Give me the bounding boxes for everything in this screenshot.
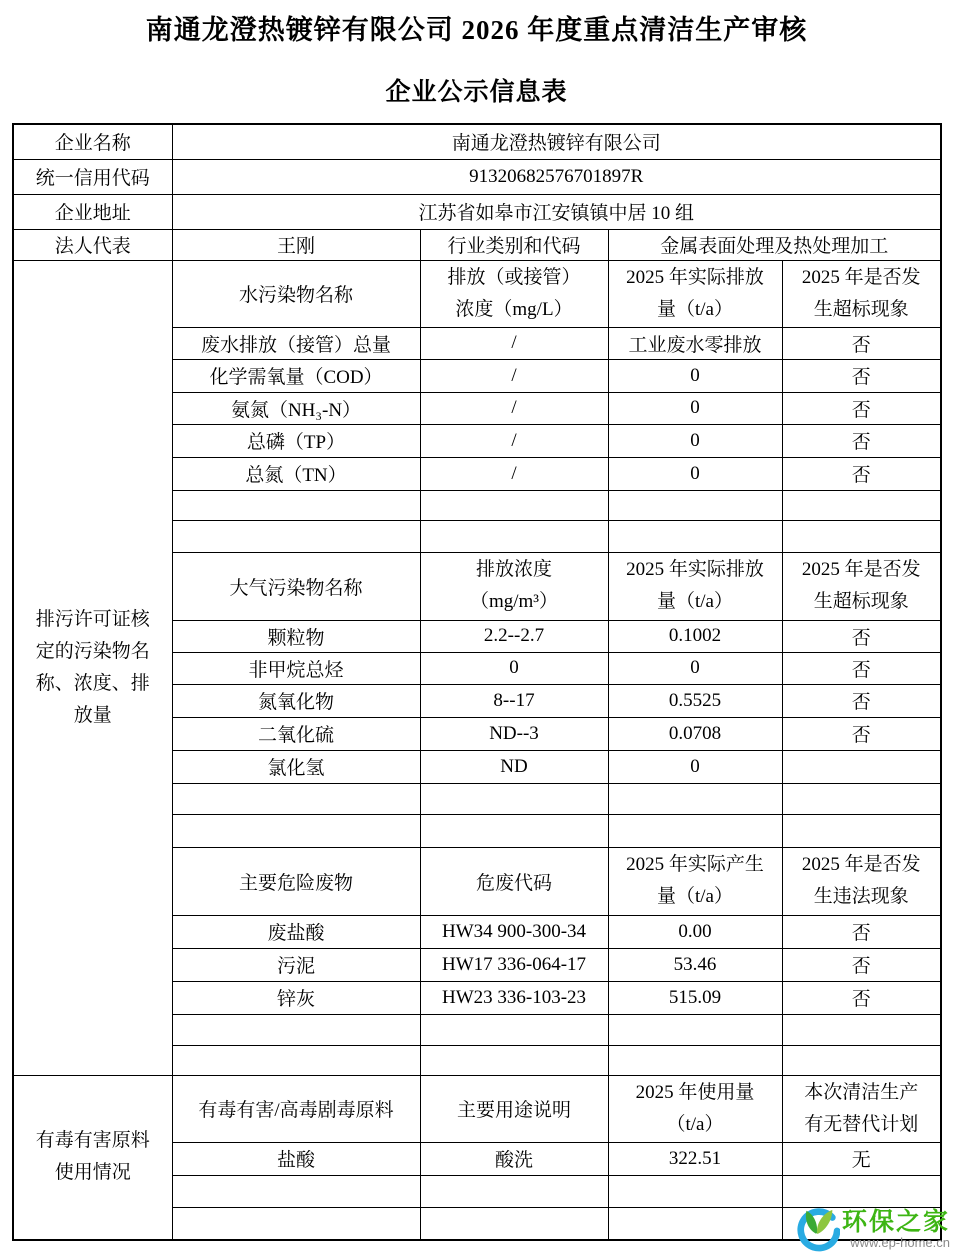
empty-cell — [782, 1014, 941, 1045]
hazwaste-amount: 53.46 — [608, 948, 782, 981]
company-name-label: 企业名称 — [13, 124, 172, 159]
toxic-substitute-flag: 无 — [782, 1142, 941, 1175]
empty-cell — [420, 1175, 608, 1207]
empty-cell — [420, 1014, 608, 1045]
hazwaste-code: HW17 336-064-17 — [420, 948, 608, 981]
empty-cell — [172, 814, 420, 847]
pollutant-name: 颗粒物 — [172, 620, 420, 652]
air-concentration-header: 排放浓度 （mg/m³） — [420, 552, 608, 620]
empty-cell — [420, 814, 608, 847]
address-label: 企业地址 — [13, 194, 172, 229]
pollutant-concentration: 0 — [420, 652, 608, 684]
watermark-site-url: www.ep-home.cn — [850, 1236, 950, 1250]
pollutant-exceed-flag: 否 — [782, 652, 941, 684]
pollutant-exceed-flag: 否 — [782, 717, 941, 750]
row-legal-rep: 法人代表王刚行业类别和代码金属表面处理及热处理加工 — [13, 229, 941, 260]
ep-home-watermark: 环保之家 www.ep-home.cn — [794, 1206, 950, 1252]
pollutant-exceed-flag — [782, 750, 941, 783]
pollutant-exceed-flag: 否 — [782, 392, 941, 424]
pollutant-name: 氯化氢 — [172, 750, 420, 783]
water-exceed-header: 2025 年是否发 生超标现象 — [782, 260, 941, 327]
pollutant-amount: 0 — [608, 359, 782, 392]
pollutant-concentration: / — [420, 424, 608, 457]
credit-code-label: 统一信用代码 — [13, 159, 172, 194]
row-address: 企业地址江苏省如皋市江安镇镇中居 10 组 — [13, 194, 941, 229]
pollutant-exceed-flag: 否 — [782, 359, 941, 392]
leaf-circle-logo-icon — [794, 1206, 840, 1252]
hazwaste-code: HW23 336-103-23 — [420, 981, 608, 1014]
hazwaste-name: 锌灰 — [172, 981, 420, 1014]
water-pollutant-header: 水污染物名称 — [172, 260, 420, 327]
empty-cell — [782, 490, 941, 520]
empty-cell — [782, 814, 941, 847]
empty-cell — [172, 1207, 420, 1240]
empty-cell — [782, 1175, 941, 1207]
hazwaste-code-header: 危废代码 — [420, 847, 608, 915]
pollutant-name: 总磷（TP） — [172, 424, 420, 457]
permit-section-label: 排污许可证核 定的污染物名 称、浓度、排 放量 — [13, 260, 172, 1075]
company-name-value: 南通龙澄热镀锌有限公司 — [172, 124, 941, 159]
row-company-name: 企业名称南通龙澄热镀锌有限公司 — [13, 124, 941, 159]
pollutant-exceed-flag: 否 — [782, 457, 941, 490]
pollutant-amount: 0 — [608, 750, 782, 783]
hazwaste-amount: 515.09 — [608, 981, 782, 1014]
hazwaste-violation-flag: 否 — [782, 948, 941, 981]
pollutant-exceed-flag: 否 — [782, 424, 941, 457]
empty-cell — [420, 1045, 608, 1075]
hazwaste-name: 污泥 — [172, 948, 420, 981]
pollutant-exceed-flag: 否 — [782, 684, 941, 717]
pollutant-amount: 0.5525 — [608, 684, 782, 717]
empty-cell — [608, 814, 782, 847]
row-credit-code: 统一信用代码91320682576701897R — [13, 159, 941, 194]
pollutant-concentration: 2.2--2.7 — [420, 620, 608, 652]
pollutant-concentration: / — [420, 327, 608, 359]
industry-value: 金属表面处理及热处理加工 — [608, 229, 941, 260]
empty-cell — [420, 783, 608, 814]
air-pollutant-header: 大气污染物名称 — [172, 552, 420, 620]
toxic-amount: 322.51 — [608, 1142, 782, 1175]
industry-label: 行业类别和代码 — [420, 229, 608, 260]
address-value: 江苏省如皋市江安镇镇中居 10 组 — [172, 194, 941, 229]
watermark-text-block: 环保之家 www.ep-home.cn — [842, 1209, 950, 1250]
row-water-header: 排污许可证核 定的污染物名 称、浓度、排 放量水污染物名称排放（或接管） 浓度（… — [13, 260, 941, 327]
hazwaste-amount-header: 2025 年实际产生 量（t/a） — [608, 847, 782, 915]
row-toxic-header: 有毒有害原料 使用情况有毒有害/高毒剧毒原料主要用途说明2025 年使用量 （t… — [13, 1075, 941, 1142]
empty-cell — [420, 1207, 608, 1240]
empty-cell — [172, 1014, 420, 1045]
empty-cell — [782, 520, 941, 552]
legal-rep-value: 王刚 — [172, 229, 420, 260]
hazwaste-code: HW34 900-300-34 — [420, 915, 608, 948]
empty-cell — [172, 1175, 420, 1207]
pollutant-exceed-flag: 否 — [782, 620, 941, 652]
pollutant-amount: 0 — [608, 457, 782, 490]
pollutant-name: 废水排放（接管）总量 — [172, 327, 420, 359]
credit-code-value: 91320682576701897R — [172, 159, 941, 194]
document-page: 南通龙澄热镀锌有限公司 2026 年度重点清洁生产审核 企业公示信息表 企业名称… — [0, 0, 953, 1254]
empty-cell — [420, 520, 608, 552]
info-table: 企业名称南通龙澄热镀锌有限公司统一信用代码91320682576701897R企… — [12, 123, 942, 1241]
pollutant-concentration: ND--3 — [420, 717, 608, 750]
pollutant-exceed-flag: 否 — [782, 327, 941, 359]
empty-cell — [608, 1045, 782, 1075]
air-exceed-header: 2025 年是否发 生超标现象 — [782, 552, 941, 620]
water-amount-header: 2025 年实际排放 量（t/a） — [608, 260, 782, 327]
empty-cell — [420, 490, 608, 520]
pollutant-amount: 工业废水零排放 — [608, 327, 782, 359]
pollutant-name: 氨氮（NH₃-N） — [172, 392, 420, 424]
pollutant-amount: 0 — [608, 424, 782, 457]
pollutant-amount: 0.1002 — [608, 620, 782, 652]
pollutant-name: 化学需氧量（COD） — [172, 359, 420, 392]
info-table-body: 企业名称南通龙澄热镀锌有限公司统一信用代码91320682576701897R企… — [13, 124, 941, 1240]
pollutant-concentration: 8--17 — [420, 684, 608, 717]
hazwaste-header: 主要危险废物 — [172, 847, 420, 915]
pollutant-name: 总氮（TN） — [172, 457, 420, 490]
toxic-usage-header: 主要用途说明 — [420, 1075, 608, 1142]
pollutant-amount: 0 — [608, 652, 782, 684]
hazwaste-name: 废盐酸 — [172, 915, 420, 948]
empty-cell — [172, 783, 420, 814]
pollutant-concentration: / — [420, 457, 608, 490]
legal-rep-label: 法人代表 — [13, 229, 172, 260]
empty-cell — [608, 783, 782, 814]
toxic-amount-header: 2025 年使用量 （t/a） — [608, 1075, 782, 1142]
empty-cell — [782, 1045, 941, 1075]
empty-cell — [782, 783, 941, 814]
page-title-line2: 企业公示信息表 — [0, 72, 953, 108]
pollutant-name: 氮氧化物 — [172, 684, 420, 717]
empty-cell — [172, 520, 420, 552]
pollutant-amount: 0 — [608, 392, 782, 424]
pollutant-concentration: ND — [420, 750, 608, 783]
empty-cell — [608, 1175, 782, 1207]
toxic-section-label: 有毒有害原料 使用情况 — [13, 1075, 172, 1240]
empty-cell — [608, 1014, 782, 1045]
watermark-site-name: 环保之家 — [842, 1209, 950, 1235]
hazwaste-violation-flag: 否 — [782, 981, 941, 1014]
empty-cell — [172, 1045, 420, 1075]
pollutant-concentration: / — [420, 359, 608, 392]
hazwaste-violation-header: 2025 年是否发 生违法现象 — [782, 847, 941, 915]
page-title-line1: 南通龙澄热镀锌有限公司 2026 年度重点清洁生产审核 — [0, 0, 953, 47]
toxic-usage: 酸洗 — [420, 1142, 608, 1175]
hazwaste-violation-flag: 否 — [782, 915, 941, 948]
empty-cell — [608, 520, 782, 552]
toxic-material-header: 有毒有害/高毒剧毒原料 — [172, 1075, 420, 1142]
pollutant-name: 二氧化硫 — [172, 717, 420, 750]
empty-cell — [172, 490, 420, 520]
hazwaste-amount: 0.00 — [608, 915, 782, 948]
air-amount-header: 2025 年实际排放 量（t/a） — [608, 552, 782, 620]
water-concentration-header: 排放（或接管） 浓度（mg/L） — [420, 260, 608, 327]
toxic-material-name: 盐酸 — [172, 1142, 420, 1175]
pollutant-concentration: / — [420, 392, 608, 424]
empty-cell — [608, 490, 782, 520]
pollutant-amount: 0.0708 — [608, 717, 782, 750]
pollutant-name: 非甲烷总烃 — [172, 652, 420, 684]
toxic-substitute-header: 本次清洁生产 有无替代计划 — [782, 1075, 941, 1142]
empty-cell — [608, 1207, 782, 1240]
